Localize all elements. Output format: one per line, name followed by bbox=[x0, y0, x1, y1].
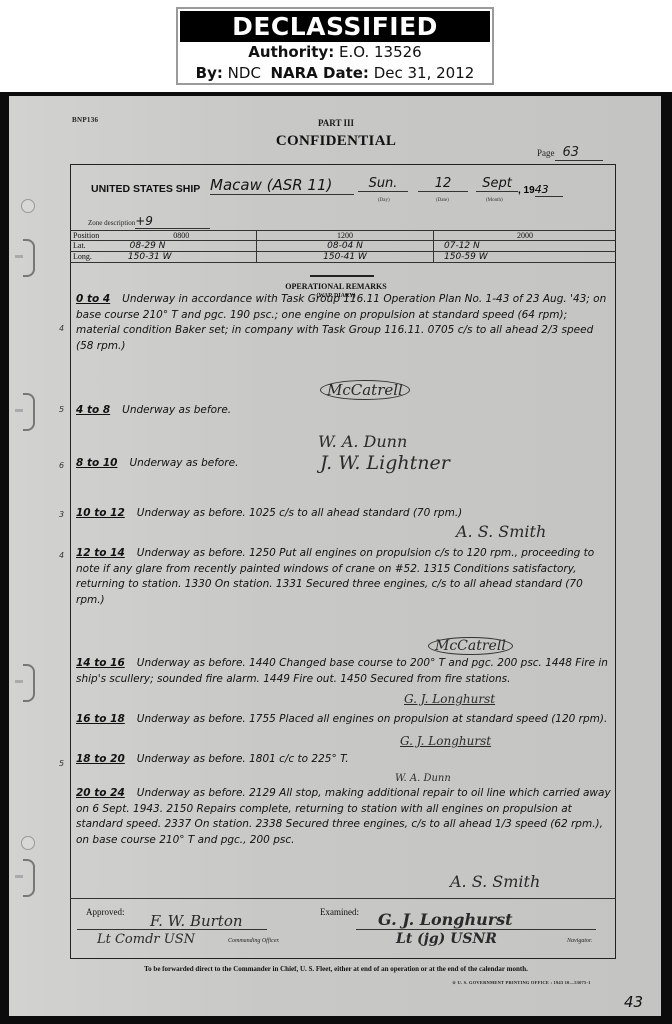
position-row-lat: Lat.08-29 N 08-04 N 07-12 N bbox=[70, 241, 616, 252]
ship-date: 12 bbox=[418, 176, 468, 192]
binder-tab-icon bbox=[23, 239, 35, 277]
stamp-authority: Authority: E.O. 13526 bbox=[178, 42, 492, 63]
archive-page-number: 43 bbox=[624, 993, 643, 1011]
position-table: Position 0800 1200 2000 Lat.08-29 N 08-0… bbox=[70, 230, 616, 263]
entry-text: Underway as before. bbox=[129, 457, 238, 469]
position-row-long: Long.150-31 W 150-41 W 150-59 W bbox=[70, 252, 616, 263]
part-heading: PART III bbox=[0, 118, 672, 128]
diary-entry: 18 to 20Underway as before. 1801 c/c to … bbox=[76, 752, 612, 768]
watch-period: 14 to 16 bbox=[76, 657, 125, 669]
divider bbox=[310, 275, 374, 277]
ship-year: , 1943 bbox=[518, 183, 563, 197]
binder-tab-icon bbox=[23, 859, 35, 897]
binder-tab-icon bbox=[23, 664, 35, 702]
binder-tab-icon bbox=[23, 393, 35, 431]
ship-day: Sun. bbox=[358, 176, 408, 192]
signature: McCatrell bbox=[428, 637, 513, 655]
navigator-caption: Navigator. bbox=[567, 938, 592, 944]
month-caption: (Month) bbox=[486, 198, 503, 203]
watch-period: 10 to 12 bbox=[76, 507, 125, 519]
margin-mark: 6 bbox=[59, 461, 64, 470]
watch-period: 18 to 20 bbox=[76, 753, 125, 765]
date-caption: (Date) bbox=[436, 198, 449, 203]
watch-period: 20 to 24 bbox=[76, 787, 125, 799]
page-number: Page63 bbox=[537, 145, 603, 161]
margin-mark: 4 bbox=[59, 324, 64, 333]
diary-entry: 10 to 12Underway as before. 1025 c/s to … bbox=[76, 506, 612, 522]
diary-entry: 4 to 8Underway as before. bbox=[76, 403, 612, 419]
examined-rank: Lt (jg) USNR bbox=[396, 931, 497, 947]
watch-period: 8 to 10 bbox=[76, 457, 117, 469]
examined-label: Examined: bbox=[320, 907, 359, 917]
signature: G. J. Longhurst bbox=[404, 692, 495, 706]
commanding-officer-caption: Commanding Officer. bbox=[228, 938, 280, 944]
margin-mark: 3 bbox=[59, 510, 64, 519]
ship-name: Macaw (ASR 11) bbox=[210, 176, 354, 195]
margin-mark: 5 bbox=[59, 405, 64, 414]
punch-hole-icon bbox=[21, 836, 35, 850]
examined-signature: G. J. Longhurst bbox=[378, 910, 513, 929]
entry-text: Underway as before. 1250 Put all engines… bbox=[76, 547, 594, 606]
margin-mark: 4 bbox=[59, 551, 64, 560]
approved-rank: Lt Comdr USN bbox=[97, 932, 195, 947]
diary-entry: 20 to 24Underway as before. 2129 All sto… bbox=[76, 786, 612, 848]
signature: W. A. Dunn bbox=[395, 773, 451, 784]
remarks-title: OPERATIONAL REMARKS bbox=[0, 282, 672, 291]
approved-label: Approved: bbox=[86, 907, 125, 917]
day-caption: (Day) bbox=[378, 198, 390, 203]
approved-signature: F. W. Burton bbox=[150, 912, 243, 930]
diary-entry: 0 to 4Underway in accordance with Task G… bbox=[76, 292, 612, 354]
signature: McCatrell bbox=[320, 380, 410, 400]
printer-imprint: ☆ U. S. GOVERNMENT PRINTING OFFICE : 194… bbox=[452, 980, 591, 986]
diary-entry: 12 to 14Underway as before. 1250 Put all… bbox=[76, 546, 612, 608]
diary-entry: 14 to 16Underway as before. 1440 Changed… bbox=[76, 656, 612, 687]
signature: J. W. Lightner bbox=[320, 452, 450, 474]
position-row-header: Position 0800 1200 2000 bbox=[70, 231, 616, 241]
entry-text: Underway as before. bbox=[122, 404, 231, 416]
entry-text: Underway as before. 1025 c/s to all ahea… bbox=[137, 507, 462, 519]
punch-hole-icon bbox=[21, 199, 35, 213]
declassification-stamp: DECLASSIFIED Authority: E.O. 13526 By: N… bbox=[176, 7, 494, 85]
watch-period: 16 to 18 bbox=[76, 713, 125, 725]
watch-period: 4 to 8 bbox=[76, 404, 110, 416]
entry-text: Underway as before. 2129 All stop, makin… bbox=[76, 787, 611, 846]
signature-line bbox=[356, 929, 596, 930]
stamp-title: DECLASSIFIED bbox=[180, 11, 490, 42]
diary-entry: 16 to 18Underway as before. 1755 Placed … bbox=[76, 712, 612, 728]
entry-text: Underway in accordance with Task Group 1… bbox=[76, 293, 606, 352]
zone-description: Zone description+9 bbox=[88, 214, 210, 229]
watch-period: 12 to 14 bbox=[76, 547, 125, 559]
entry-text: Underway as before. 1801 c/c to 225° T. bbox=[137, 753, 349, 765]
entry-text: Underway as before. 1440 Changed base co… bbox=[76, 657, 608, 685]
ship-month: Sept bbox=[476, 176, 518, 192]
signature-line bbox=[77, 929, 267, 930]
divider bbox=[70, 898, 616, 899]
entry-text: Underway as before. 1755 Placed all engi… bbox=[137, 713, 608, 725]
stamp-by-date: By: NDC NARA Date: Dec 31, 2012 bbox=[178, 63, 492, 84]
signature: A. S. Smith bbox=[456, 522, 546, 541]
watch-period: 0 to 4 bbox=[76, 293, 110, 305]
signature: G. J. Longhurst bbox=[400, 734, 491, 748]
signature: W. A. Dunn bbox=[318, 432, 407, 451]
ship-label: UNITED STATES SHIP bbox=[91, 183, 200, 195]
margin-mark: 5 bbox=[59, 759, 64, 768]
signature: A. S. Smith bbox=[450, 872, 540, 891]
forwarding-instruction: To be forwarded direct to the Commander … bbox=[0, 965, 672, 973]
